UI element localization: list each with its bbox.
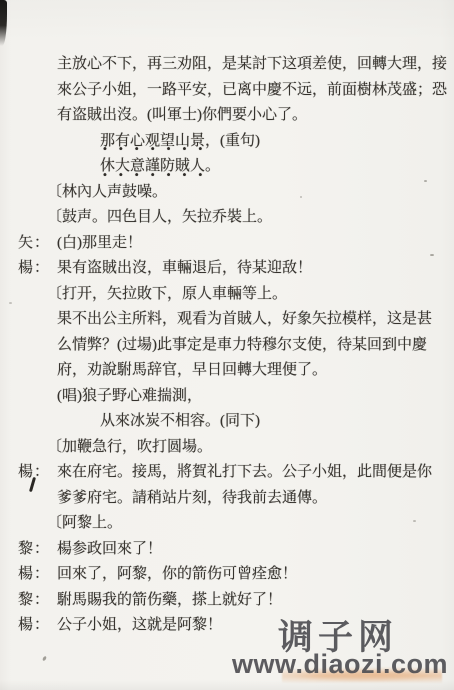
script-line: 府，劝說駙馬辞官，早日回轉大理便了。 <box>0 358 454 384</box>
line-text: 爹爹府宅。請稍站片刻，待我前去通傳。 <box>57 490 327 506</box>
scan-speck <box>300 196 302 198</box>
speaker-label: 楊： <box>18 256 50 282</box>
dialogue-line: 楊：果有盗賊出沒，車輛退后，待某迎敌！ <box>0 256 454 282</box>
dialogue-line: 楊：回來了，阿黎，你的箭伤可曾痊愈！ <box>0 562 454 588</box>
line-text: 么情弊？(过場)此事定是車力特穆尔支使，待某回到中慶 <box>57 337 427 353</box>
line-text: 果有盗賊出沒，車輛退后，待某迎敌！ <box>57 260 312 276</box>
speaker-label: 黎： <box>18 588 50 614</box>
scan-speck <box>9 302 12 304</box>
line-text: 〔林內人声鼓噪。 <box>47 184 167 200</box>
line-text: 〔鼓声。四色目人，矢拉乔裝上。 <box>47 209 272 225</box>
stage-direction-line: 〔阿黎上。 <box>0 511 454 537</box>
stage-direction-line: 〔鼓声。四色目人，矢拉乔裝上。 <box>0 205 454 231</box>
script-line: 有盗賊出沒。(叫軍士)你們要小心了。 <box>0 103 454 129</box>
line-text: (唱)狼子野心难揣測， <box>57 388 202 404</box>
script-line: 果不出公主所料，观看为首賊人，好象矢拉模样，这是甚 <box>0 307 454 333</box>
script-line: 么情弊？(过場)此事定是車力特穆尔支使，待某回到中慶 <box>0 333 454 359</box>
ink-smudge <box>0 0 7 46</box>
speaker-label: 矢： <box>18 231 50 257</box>
line-text: 駙馬賜我的箭伤藥，搽上就好了！ <box>57 592 282 608</box>
line-text: 回來了，阿黎，你的箭伤可曾痊愈！ <box>57 566 297 582</box>
script-line: (唱)狼子野心难揣測， <box>0 384 454 410</box>
dialogue-line: 矢：(白)那里走！ <box>0 231 454 257</box>
line-text: 公子小姐，这就是阿黎！ <box>57 617 222 633</box>
line-text: (白)那里走！ <box>57 235 142 251</box>
scanned-page: 主放心不下，再三劝阻，是某討下这項差使，回轉大理，接來公子小姐，一路平安，已离中… <box>0 0 454 690</box>
line-text: 楊参政回來了！ <box>57 541 162 557</box>
speaker-label: 楊： <box>18 613 50 639</box>
scan-speck <box>430 254 434 256</box>
scan-speck <box>42 656 47 662</box>
line-text: 〔加鞭急行，吹打圆場。 <box>47 439 212 455</box>
line-text: 果不出公主所料，观看为首賊人，好象矢拉模样，这是甚 <box>57 311 432 327</box>
stage-direction-line: 〔打开，矢拉敗下，原人車輛等上。 <box>0 282 454 308</box>
line-text: 从來冰炭不相容。(同下) <box>100 413 260 429</box>
scan-speck <box>413 520 416 522</box>
speaker-label: 黎： <box>18 537 50 563</box>
scan-speck <box>424 180 427 182</box>
watermark-site-url: www.diaozi.com <box>232 649 448 680</box>
dialogue-line: 黎：楊参政回來了！ <box>0 537 454 563</box>
line-text: 〔阿黎上。 <box>47 515 122 531</box>
dialogue-line: 楊：來在府宅。接馬，將賀礼打下去。公子小姐，此間便是你 <box>0 460 454 486</box>
script-line: 从來冰炭不相容。(同下) <box>0 409 454 435</box>
line-text: 來公子小姐，一路平安，已离中慶不远，前面樹林茂盛；恐 <box>57 82 447 98</box>
stage-direction-line: 〔加鞭急行，吹打圆場。 <box>0 435 454 461</box>
line-text: 有盗賊出沒。(叫軍士)你們要小心了。 <box>57 107 307 123</box>
stage-direction-line: 〔林內人声鼓噪。 <box>0 180 454 206</box>
script-line: 休大意謹防賊人。••••••• <box>0 154 454 180</box>
script-line: 來公子小姐，一路平安，已离中慶不远，前面樹林茂盛；恐 <box>0 78 454 104</box>
line-text: 來在府宅。接馬，將賀礼打下去。公子小姐，此間便是你 <box>57 464 432 480</box>
script-line: 爹爹府宅。請稍站片刻，待我前去通傳。 <box>0 486 454 512</box>
line-text: 府，劝說駙馬辞官，早日回轉大理便了。 <box>57 362 327 378</box>
line-text: 〔打开，矢拉敗下，原人車輛等上。 <box>47 286 287 302</box>
speaker-label: 楊： <box>18 562 50 588</box>
script-line: 主放心不下，再三劝阻，是某討下这項差使，回轉大理，接 <box>0 52 454 78</box>
page-edge-shade <box>0 680 454 690</box>
script-line: 那有心观望山景，(重句)••••••• <box>0 129 454 155</box>
line-text: 主放心不下，再三劝阻，是某討下这項差使，回轉大理，接 <box>57 56 447 72</box>
script-text: 主放心不下，再三劝阻，是某討下这項差使，回轉大理，接來公子小姐，一路平安，已离中… <box>0 52 454 639</box>
